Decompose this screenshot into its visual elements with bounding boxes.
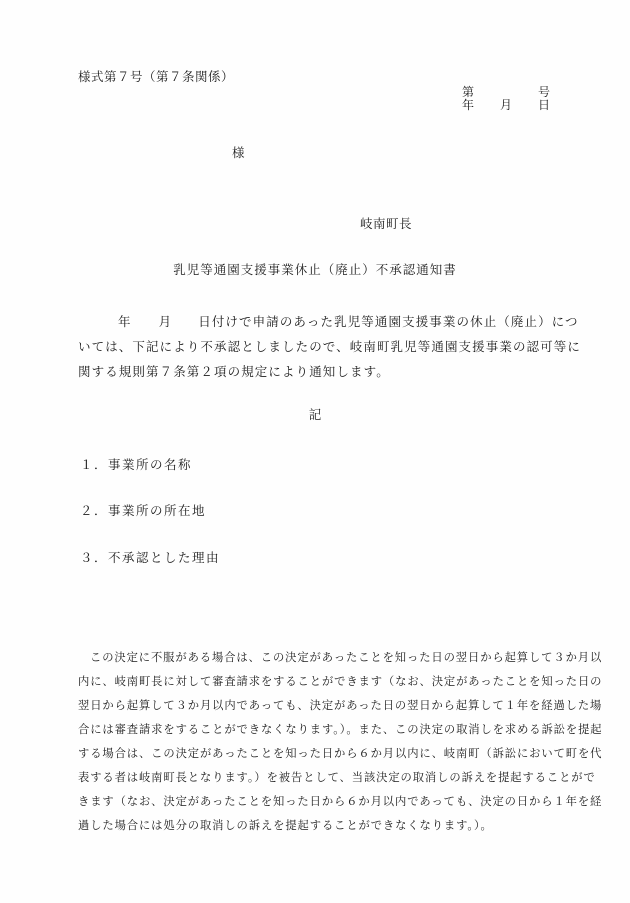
notice-line: 合には審査請求をすることができなくなります。）。また、この決定の取消しを求める訴…: [78, 718, 554, 742]
notice-line: 翌日から起算して３か月以内であっても、決定があった日の翌日から起算して１年を経過…: [78, 694, 554, 718]
notice-line: 過した場合には処分の取消しの訴えを提起することができなくなります。）。: [78, 814, 554, 838]
issue-date-row: 年 月 日: [462, 99, 550, 112]
body-date-month: 月: [159, 314, 173, 329]
date-day: 日: [538, 99, 550, 112]
notice-line: 内に、岐南町長に対して審査請求をすることができます（なお、決定があったことを知っ…: [78, 670, 554, 694]
body-line-3: 関する規則第７条第２項の規定により通知します。: [78, 359, 554, 384]
item-rejection-reason: ３．不承認とした理由: [80, 548, 220, 566]
notice-line: 表する者は岐南町長となります。）を被告として、当該決定の取消しの訴えを提起するこ…: [78, 766, 554, 790]
notice-line: この決定に不服がある場合は、この決定があったことを知った日の翌日から起算して３か…: [78, 646, 554, 670]
body-date-year: 年: [118, 314, 132, 329]
notice-line: する場合は、この決定があったことを知った日から６か月以内に、岐南町（訴訟において…: [78, 742, 554, 766]
appeal-notice: この決定に不服がある場合は、この決定があったことを知った日の翌日から起算して３か…: [78, 646, 554, 838]
addressee-suffix: 様: [232, 143, 245, 161]
form-number: 様式第７号（第７条関係）: [78, 67, 234, 85]
notice-line: きます（なお、決定があったことを知った日から６か月以内であっても、決定の日から１…: [78, 790, 554, 814]
date-year: 年: [462, 99, 474, 112]
ki-heading: 記: [0, 405, 630, 423]
body-line-1: 年月日付けで申請のあった乳児等通園支援事業の休止（廃止）につ: [78, 309, 554, 334]
item-facility-address: ２．事業所の所在地: [80, 501, 206, 519]
body-line-2: いては、下記により不承認としましたので、岐南町乳児等通園支援事業の認可等に: [78, 334, 554, 359]
date-month: 月: [500, 99, 512, 112]
issuer: 岐南町長: [360, 214, 412, 232]
body-paragraph: 年月日付けで申請のあった乳児等通園支援事業の休止（廃止）につ いては、下記により…: [78, 309, 554, 384]
item-facility-name: １．事業所の名称: [80, 455, 192, 473]
document-title: 乳児等通園支援事業休止（廃止）不承認通知書: [0, 260, 630, 278]
document-number-block: 第 号 年 月 日: [462, 86, 550, 112]
body-line-1-text: 日付けで申請のあった乳児等通園支援事業の休止（廃止）につ: [198, 314, 578, 329]
